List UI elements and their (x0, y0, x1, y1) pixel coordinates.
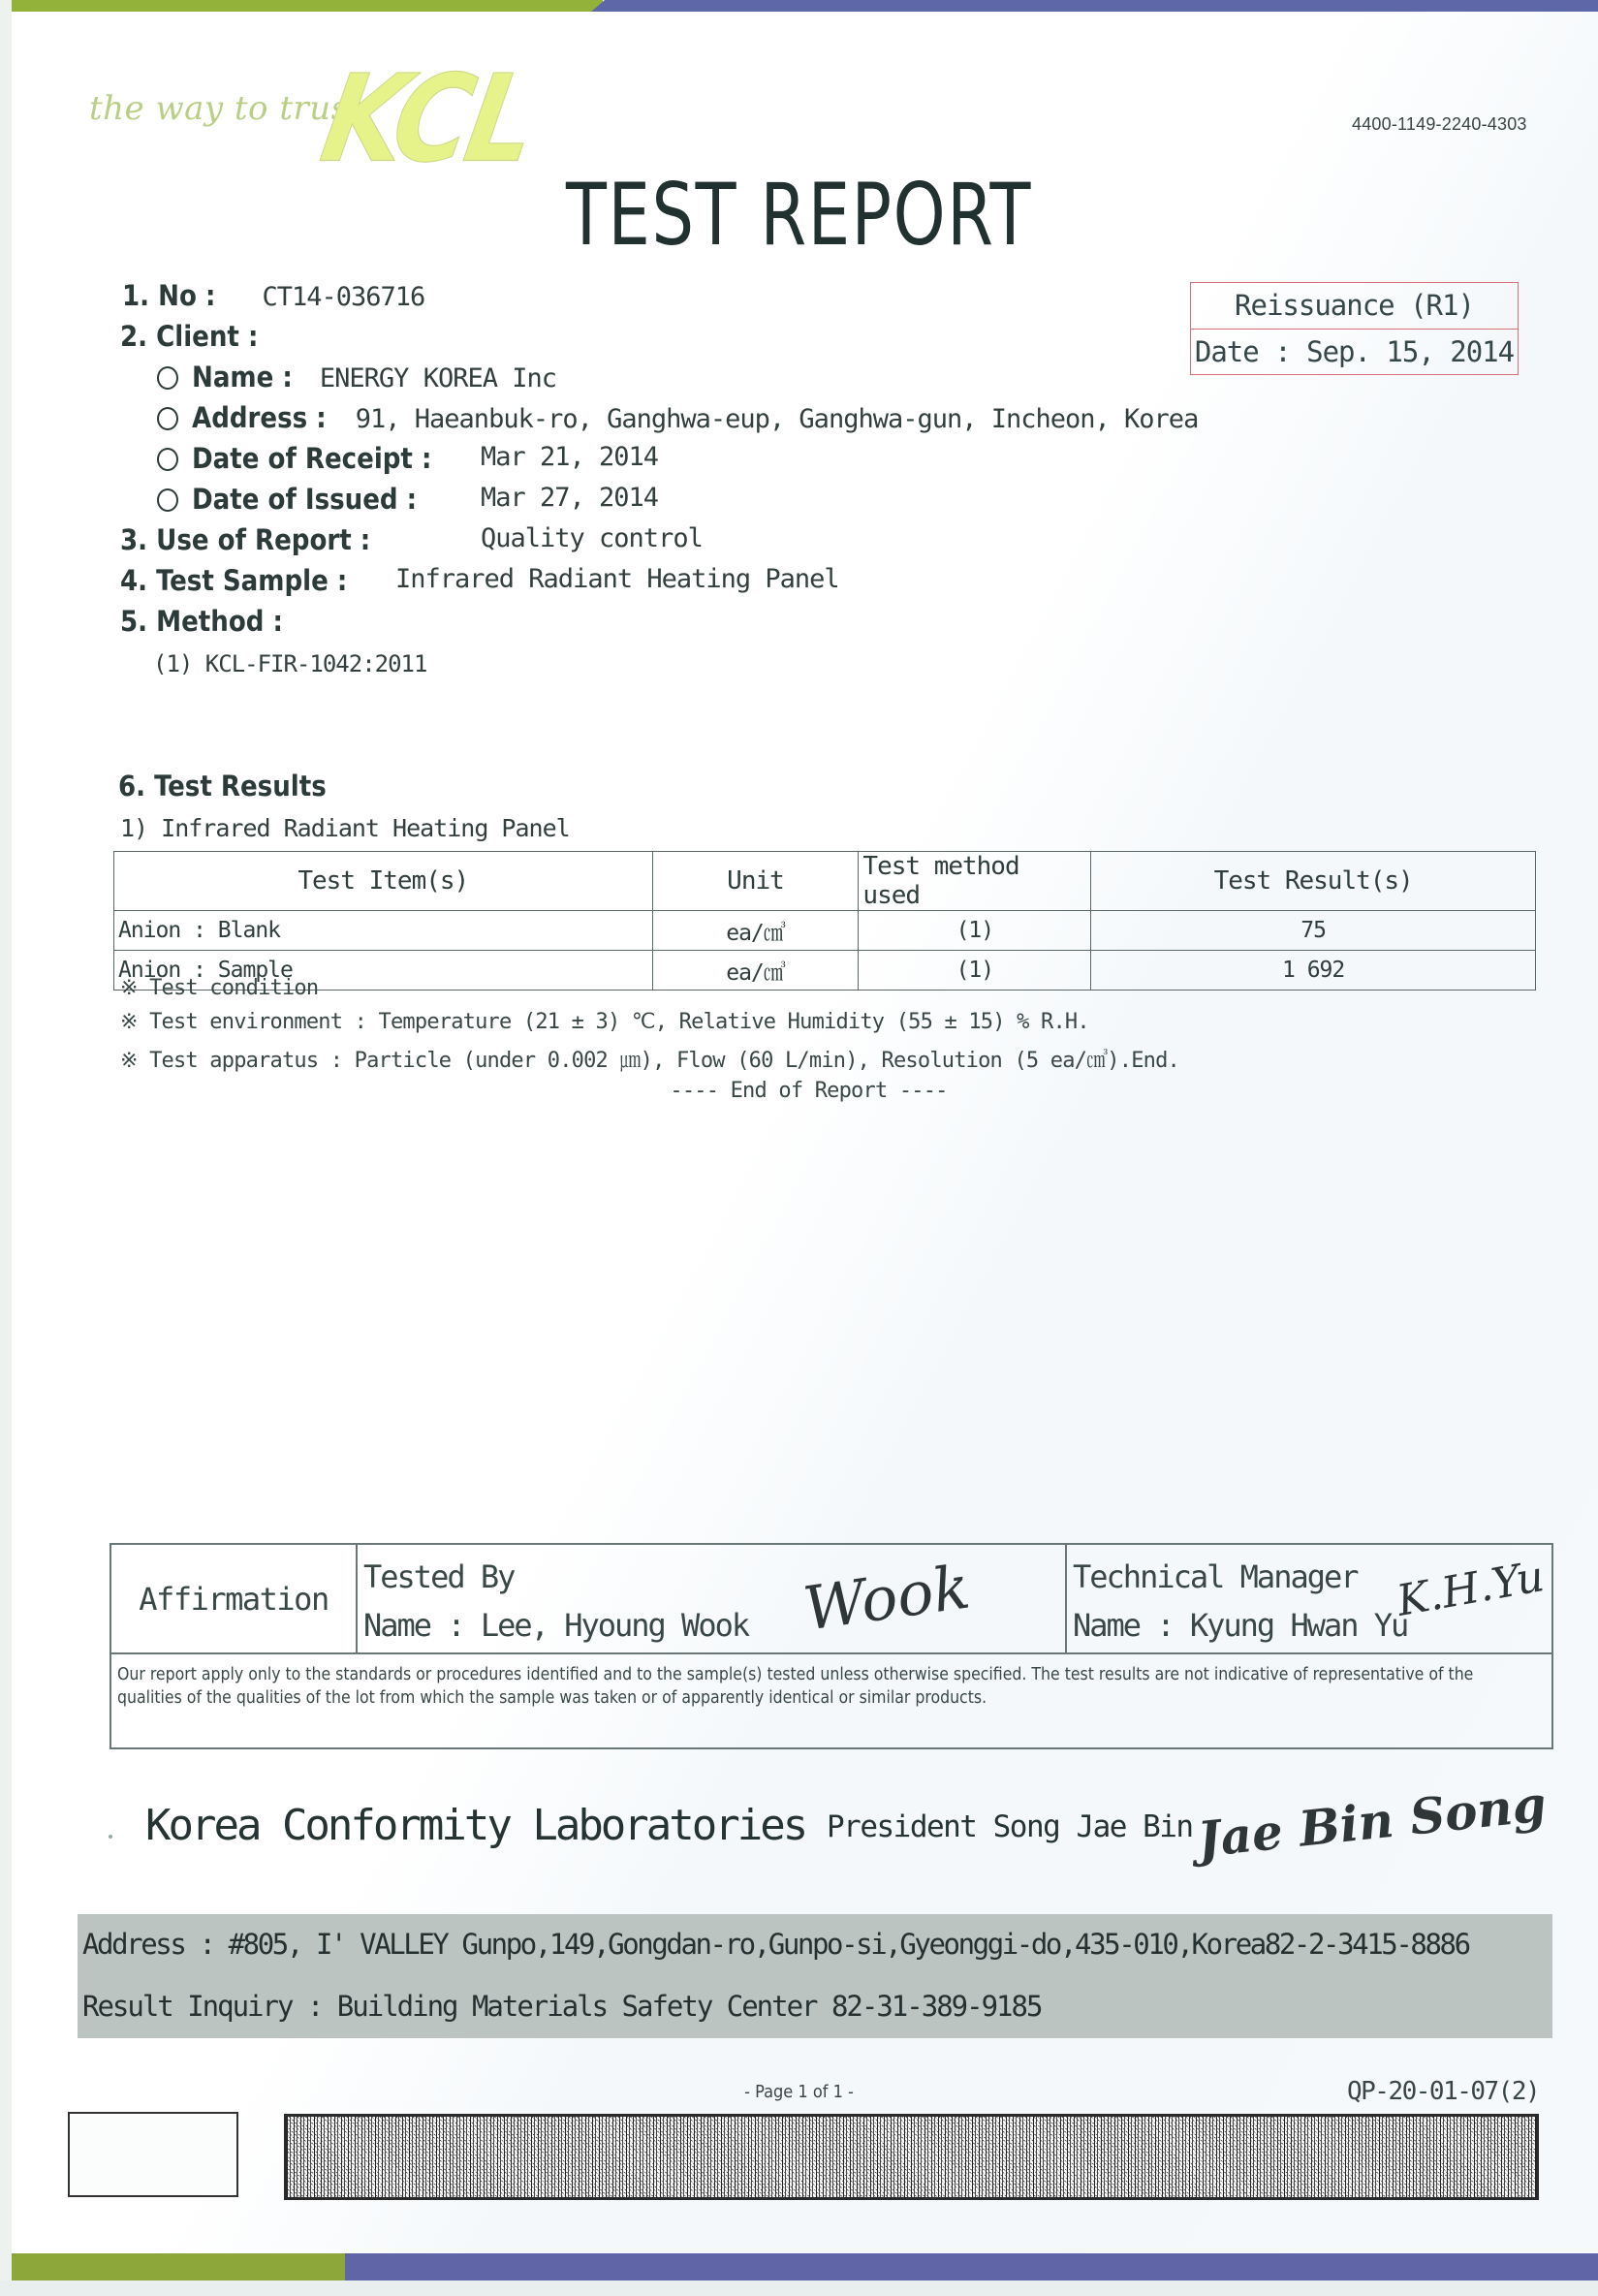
table-row: Anion : Blank ea/㎤ (1) 75 (114, 911, 1536, 951)
reissuance-label: Reissuance (R1) (1191, 283, 1518, 329)
field-label: Address : (192, 401, 327, 434)
field-use-of-report: 3. Use of Report : Quality control (120, 523, 370, 557)
logo-brand-mark: KCL (314, 60, 542, 180)
field-label: 4. Test Sample : (120, 564, 347, 597)
affirmation-divider (111, 1652, 1551, 1654)
security-barcode (284, 2114, 1539, 2200)
circle-bullet-icon (157, 448, 178, 471)
affirmation-box: Affirmation Tested By Name : Lee, Hyoung… (110, 1543, 1553, 1749)
contact-box: Address : #805, I' VALLEY Gunpo,149,Gong… (78, 1914, 1552, 2038)
column-header: Test method used (859, 852, 1091, 911)
client-address: 91, Haeanbuk-ro, Ganghwa-eup, Ganghwa-gu… (356, 404, 1199, 434)
test-item: Anion : Blank (114, 911, 653, 951)
note-test-apparatus: ※ Test apparatus : Particle (under 0.002… (120, 1044, 1179, 1074)
scan-edge (0, 0, 12, 2296)
form-code: QP-20-01-07(2) (1347, 2077, 1539, 2106)
tested-by-signature: Wook (799, 1551, 974, 1644)
date-of-issued: Mar 27, 2014 (481, 483, 658, 513)
test-method: (1) (859, 911, 1091, 951)
circle-bullet-icon (157, 366, 178, 390)
results-subheading: 1) Infrared Radiant Heating Panel (120, 812, 570, 844)
report-number: CT14-036716 (262, 282, 424, 312)
organization-name: Korea Conformity Laboratories (145, 1801, 805, 1850)
unit: ea/㎤ (652, 911, 859, 951)
technical-manager-signature: K.H.Yu (1394, 1552, 1548, 1626)
method-entry: (1) KCL-FIR-1042:2011 (153, 647, 426, 679)
technical-manager-cell: Technical Manager Name : Kyung Hwan Yu K… (1067, 1545, 1551, 1652)
table-row: Anion : Sample ea/㎤ (1) 1 692 (114, 951, 1536, 991)
field-label: Name : (192, 361, 293, 393)
circle-bullet-icon (157, 488, 178, 512)
lab-address: Address : #805, I' VALLEY Gunpo,149,Gong… (82, 1928, 1469, 1961)
technical-manager-name: Name : Kyung Hwan Yu (1073, 1607, 1407, 1644)
scan-bottom-edge (0, 2280, 1598, 2296)
use-of-report: Quality control (481, 523, 703, 553)
method-value: (1) KCL-FIR-1042:2011 (153, 650, 426, 677)
field-client-name: Name : ENERGY KOREA Inc (157, 361, 556, 394)
affirmation-label: Affirmation (111, 1545, 358, 1652)
tested-by-name: Name : Lee, Hyoung Wook (363, 1607, 748, 1644)
bottom-bar-green (12, 2253, 345, 2280)
page-title: TEST REPORT (175, 165, 1422, 265)
field-method: 5. Method : (120, 605, 283, 639)
field-client: 2. Client : (120, 320, 258, 354)
bottom-bar-purple (345, 2253, 1598, 2280)
client-name: ENERGY KOREA Inc (320, 363, 556, 393)
seal-box (68, 2112, 238, 2197)
column-header: Unit (652, 852, 859, 911)
reference-number: 4400-1149-2240-4303 (1352, 114, 1527, 135)
test-result: 75 (1091, 911, 1536, 951)
field-date-of-receipt: Date of Receipt : Mar 21, 2014 (157, 442, 431, 476)
table-header-row: Test Item(s) Unit Test method used Test … (114, 852, 1536, 911)
date-of-receipt: Mar 21, 2014 (481, 442, 658, 472)
field-label: 1. No : (122, 279, 215, 312)
field-label: 2. Client : (120, 320, 258, 353)
column-header: Test Result(s) (1091, 852, 1536, 911)
results-table: Test Item(s) Unit Test method used Test … (113, 851, 1536, 991)
field-client-address: Address : 91, Haeanbuk-ro, Ganghwa-eup, … (157, 401, 1198, 435)
tested-by-title: Tested By (363, 1558, 514, 1595)
tested-by-cell: Tested By Name : Lee, Hyoung Wook Wook (358, 1545, 1067, 1652)
test-sample: Infrared Radiant Heating Panel (395, 564, 839, 594)
disclaimer-text: Our report apply only to the standards o… (117, 1663, 1532, 1710)
note-test-environment: ※ Test environment : Temperature (21 ± 3… (120, 1010, 1089, 1034)
field-label: Date of Receipt : (192, 442, 431, 475)
top-bar-green (12, 0, 603, 12)
field-date-of-issued: Date of Issued : Mar 27, 2014 (157, 483, 417, 517)
test-result: 1 692 (1091, 951, 1536, 991)
field-no: 1. No : CT14-036716 (122, 279, 424, 313)
field-label: Date of Issued : (192, 483, 417, 516)
field-test-sample: 4. Test Sample : Infrared Radiant Heatin… (120, 564, 347, 598)
reissuance-box: Reissuance (R1) Date : Sep. 15, 2014 (1190, 282, 1519, 375)
field-label: 3. Use of Report : (120, 523, 370, 556)
results-heading: 6. Test Results (118, 770, 327, 803)
top-bar-purple (591, 0, 1598, 12)
test-method: (1) (859, 951, 1091, 991)
unit: ea/㎤ (652, 951, 859, 991)
circle-bullet-icon (157, 407, 178, 430)
note-test-condition: ※ Test condition (120, 976, 318, 1000)
technical-manager-title: Technical Manager (1073, 1558, 1358, 1595)
reissuance-date: Date : Sep. 15, 2014 (1191, 329, 1518, 375)
result-inquiry: Result Inquiry : Building Materials Safe… (82, 1990, 1041, 2023)
decorative-dot (109, 1835, 112, 1839)
field-label: 5. Method : (120, 605, 283, 638)
column-header: Test Item(s) (114, 852, 653, 911)
president-line: President Song Jae Bin (827, 1809, 1193, 1844)
end-of-report: ---- End of Report ---- (0, 1079, 1598, 1103)
logo-tagline: the way to trust (89, 89, 362, 128)
